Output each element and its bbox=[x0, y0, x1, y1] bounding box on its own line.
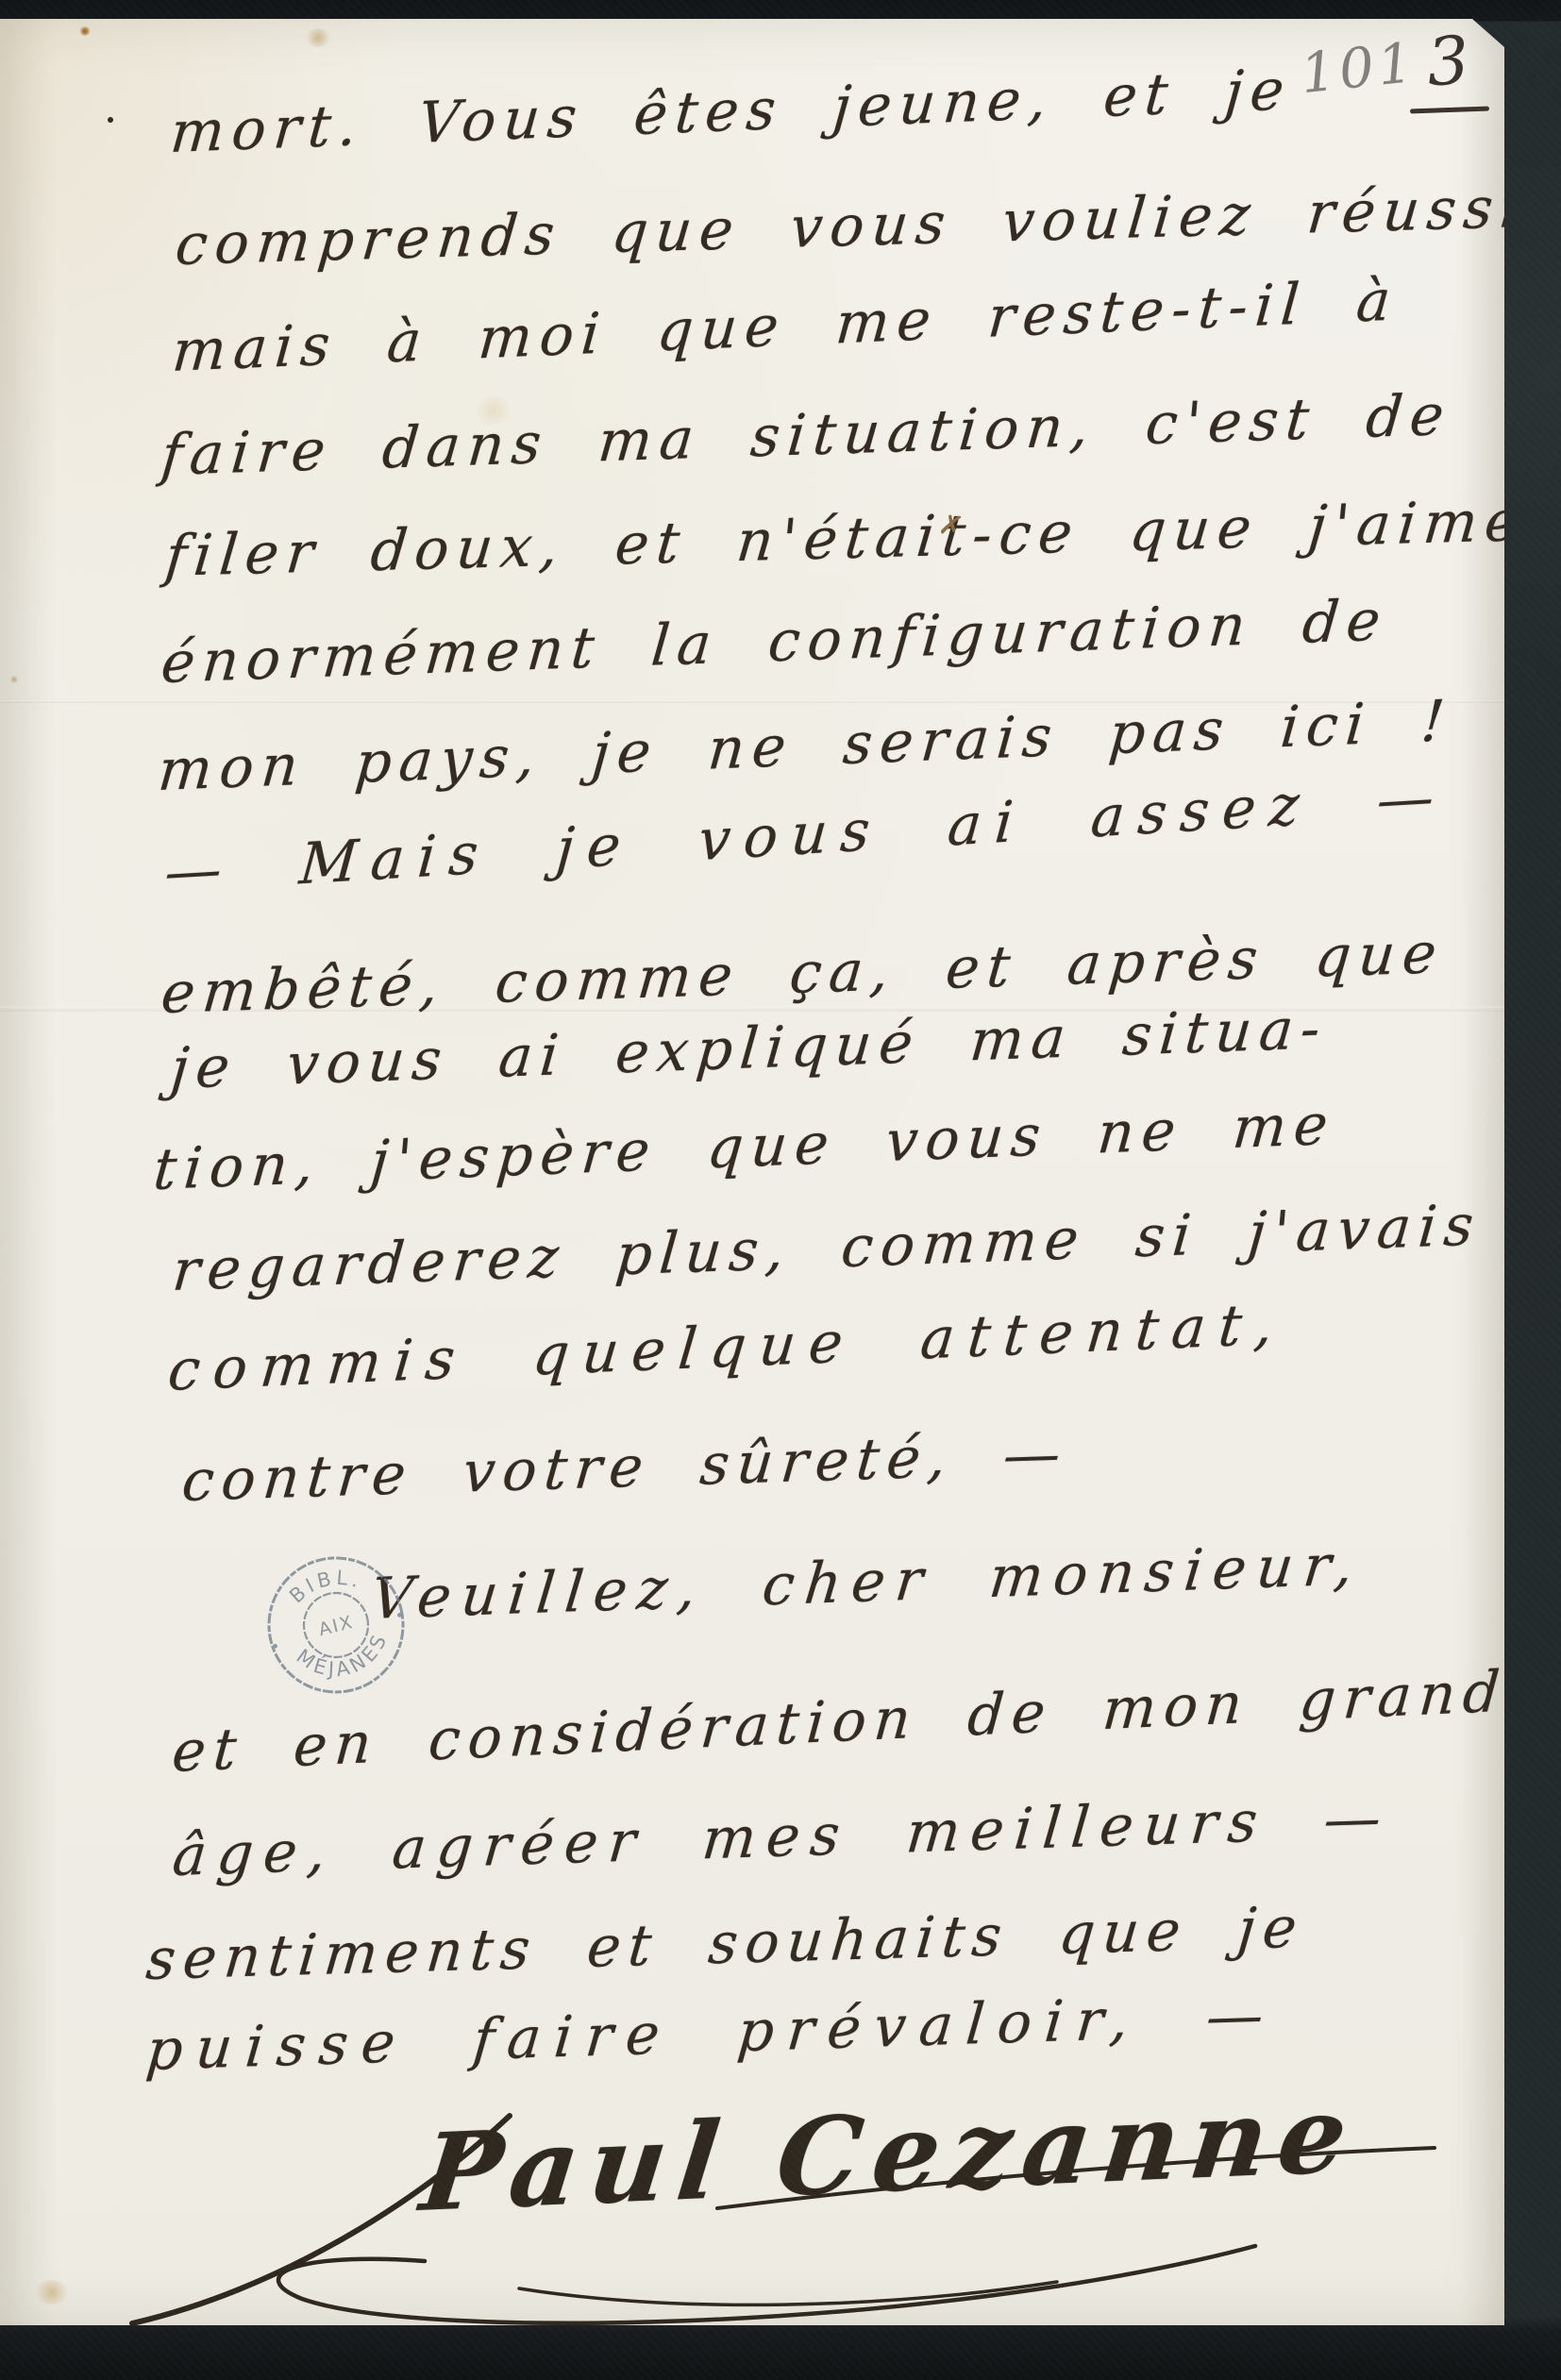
letter-line: sentiments et souhaits que je bbox=[143, 1895, 1307, 1993]
letter-line: âge, agréer mes meilleurs — bbox=[170, 1785, 1394, 1889]
letter-line: filer doux, et n'était-ce que j'aime bbox=[162, 488, 1529, 590]
foxing-stain bbox=[9, 676, 19, 683]
stamp-top-text: BIBL. bbox=[282, 1559, 371, 1611]
word-gap bbox=[362, 142, 417, 144]
foxing-stain bbox=[32, 2280, 72, 2305]
letter-line: regarderez plus, comme si j'avais bbox=[170, 1192, 1484, 1304]
letter-word: mort. bbox=[168, 92, 367, 166]
letter-line: comprends que vous vouliez réussir, bbox=[173, 173, 1561, 278]
stamp-center-text: AIX bbox=[316, 1612, 356, 1640]
signature-block: Paul Cezanne bbox=[113, 2067, 1463, 2350]
letter-line: mort.Vous êtes jeune, et je bbox=[168, 57, 1294, 166]
letter-line: tion, j'espère que vous ne me bbox=[151, 1092, 1338, 1203]
letter-line: commis quelque attentat, bbox=[165, 1291, 1289, 1404]
ink-speck bbox=[108, 117, 113, 123]
page-number-ink: 3 bbox=[1424, 22, 1471, 102]
library-stamp: BIBL. MÉJANES AIX bbox=[244, 1534, 428, 1717]
page-number-underline bbox=[1410, 107, 1489, 114]
foxing-stain bbox=[79, 26, 91, 36]
letter-line: contre votre sûreté, — bbox=[179, 1420, 1070, 1515]
letter-paper: 101 3 mort.Vous êtes jeune, et je compre… bbox=[0, 19, 1504, 2325]
letter-line: mais à moi que me reste-t-il à bbox=[170, 267, 1401, 385]
letter-line: faire dans ma situation, c'est de bbox=[159, 382, 1454, 489]
scanned-letter-page: 101 3 mort.Vous êtes jeune, et je compre… bbox=[0, 0, 1561, 2380]
foxing-stain bbox=[304, 28, 332, 47]
letter-line: énormément la configuration de bbox=[159, 587, 1390, 696]
folio-number-pencil: 101 bbox=[1298, 30, 1419, 106]
letter-word: Vous êtes jeune, et je bbox=[416, 57, 1295, 157]
letter-line: Veuillez, cher monsieur, bbox=[368, 1532, 1367, 1633]
svg-text:BIBL.: BIBL. bbox=[282, 1559, 371, 1611]
